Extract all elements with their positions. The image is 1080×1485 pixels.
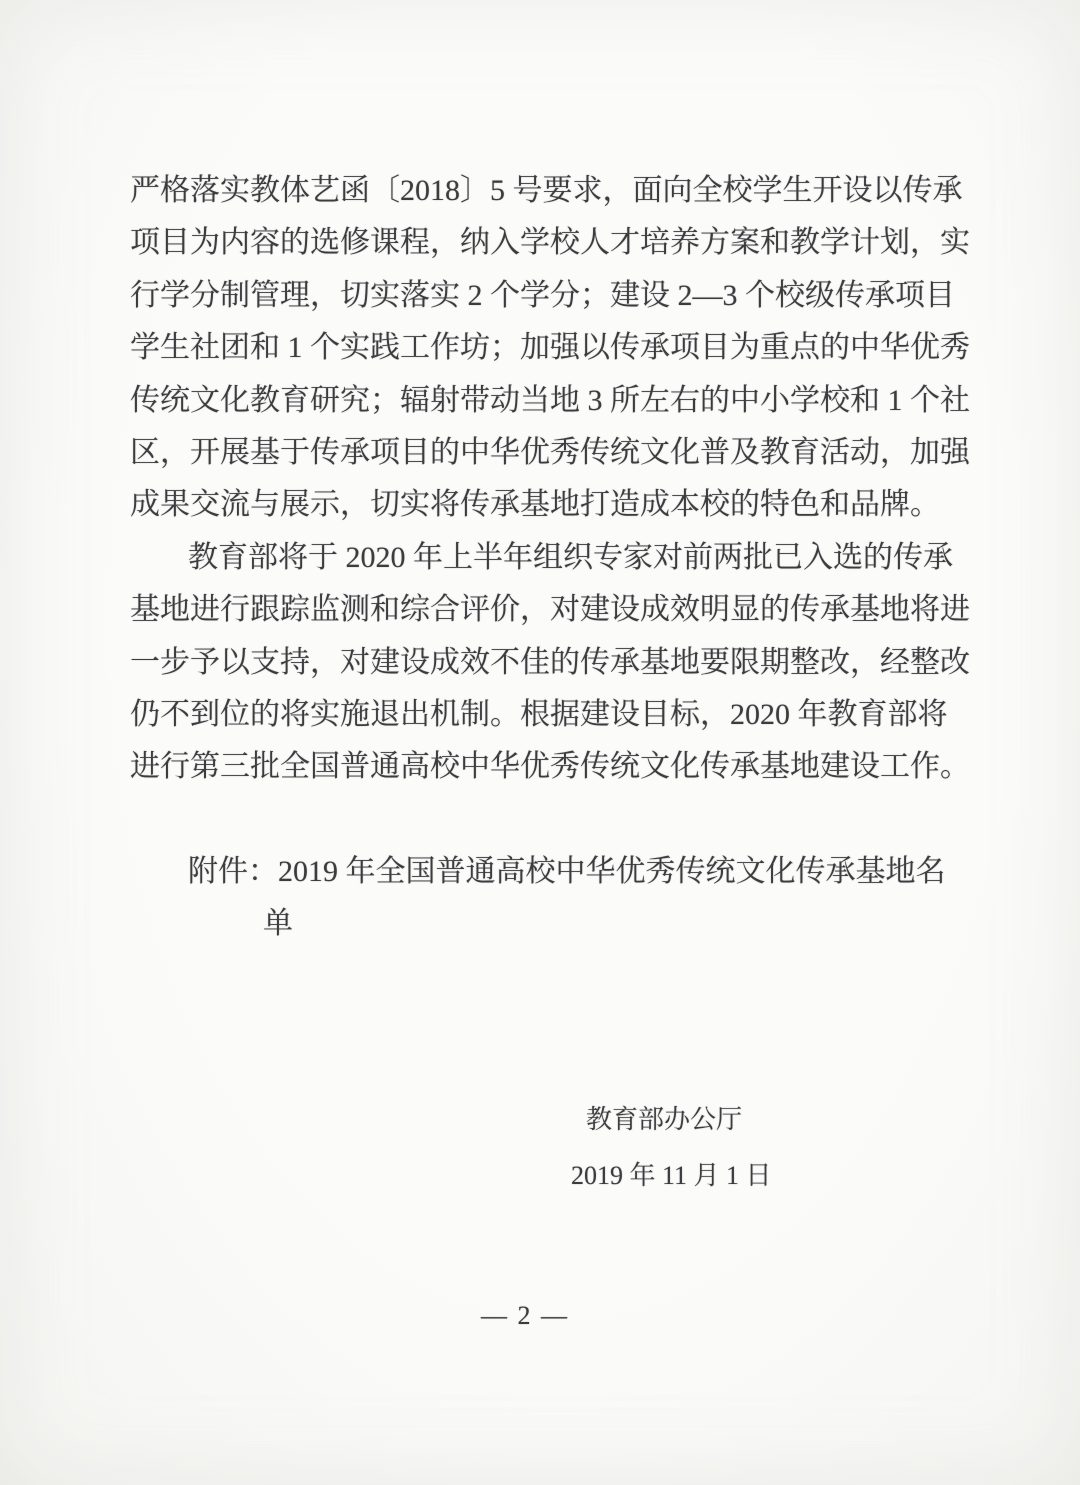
paragraph-1: 严格落实教体艺函〔2018〕5 号要求，面向全校学生开设以传承 项目为内容的选修… (130, 165, 912, 532)
body-text-line: 行学分制管理，切实落实 2 个学分；建设 2—3 个校级传承项目 (130, 270, 912, 322)
body-text-line: 项目为内容的选修课程，纳入学校人才培养方案和教学计划，实 (130, 217, 912, 269)
scanned-document-page: 严格落实教体艺函〔2018〕5 号要求，面向全校学生开设以传承 项目为内容的选修… (0, 0, 1080, 1485)
page-number: — 2 — (0, 1298, 1065, 1334)
body-text-line: 严格落实教体艺函〔2018〕5 号要求，面向全校学生开设以传承 (130, 165, 912, 217)
body-text-line: 传统文化教育研究；辐射带动当地 3 所左右的中小学校和 1 个社 (130, 375, 912, 427)
body-text-line: 成果交流与展示，切实将传承基地打造成本校的特色和品牌。 (130, 479, 912, 531)
body-text-line: 基地进行跟踪监测和综合评价，对建设成效明显的传承基地将进 (130, 584, 912, 636)
document-body: 严格落实教体艺函〔2018〕5 号要求，面向全校学生开设以传承 项目为内容的选修… (130, 165, 912, 951)
attachment-line-continuation: 单 (130, 898, 912, 950)
body-text-line: 学生社团和 1 个实践工作坊；加强以传承项目为重点的中华优秀 (130, 322, 912, 374)
body-text-line: 区，开展基于传承项目的中华优秀传统文化普及教育活动，加强 (130, 427, 912, 479)
signature-date: 2019 年 11 月 1 日 (571, 1156, 772, 1196)
body-text-line: 教育部将于 2020 年上半年组织专家对前两批已入选的传承 (130, 532, 912, 584)
body-text-line: 一步予以支持，对建设成效不佳的传承基地要限期整改，经整改 (130, 637, 912, 689)
attachment-line: 附件：2019 年全国普通高校中华优秀传统文化传承基地名 (130, 846, 912, 898)
attachment-note: 附件：2019 年全国普通高校中华优秀传统文化传承基地名 单 (130, 846, 912, 951)
signature-organization: 教育部办公厅 (586, 1100, 742, 1140)
body-text-line: 进行第三批全国普通高校中华优秀传统文化传承基地建设工作。 (130, 741, 912, 793)
body-text-line: 仍不到位的将实施退出机制。根据建设目标，2020 年教育部将 (130, 689, 912, 741)
paragraph-2: 教育部将于 2020 年上半年组织专家对前两批已入选的传承 基地进行跟踪监测和综… (130, 532, 912, 794)
